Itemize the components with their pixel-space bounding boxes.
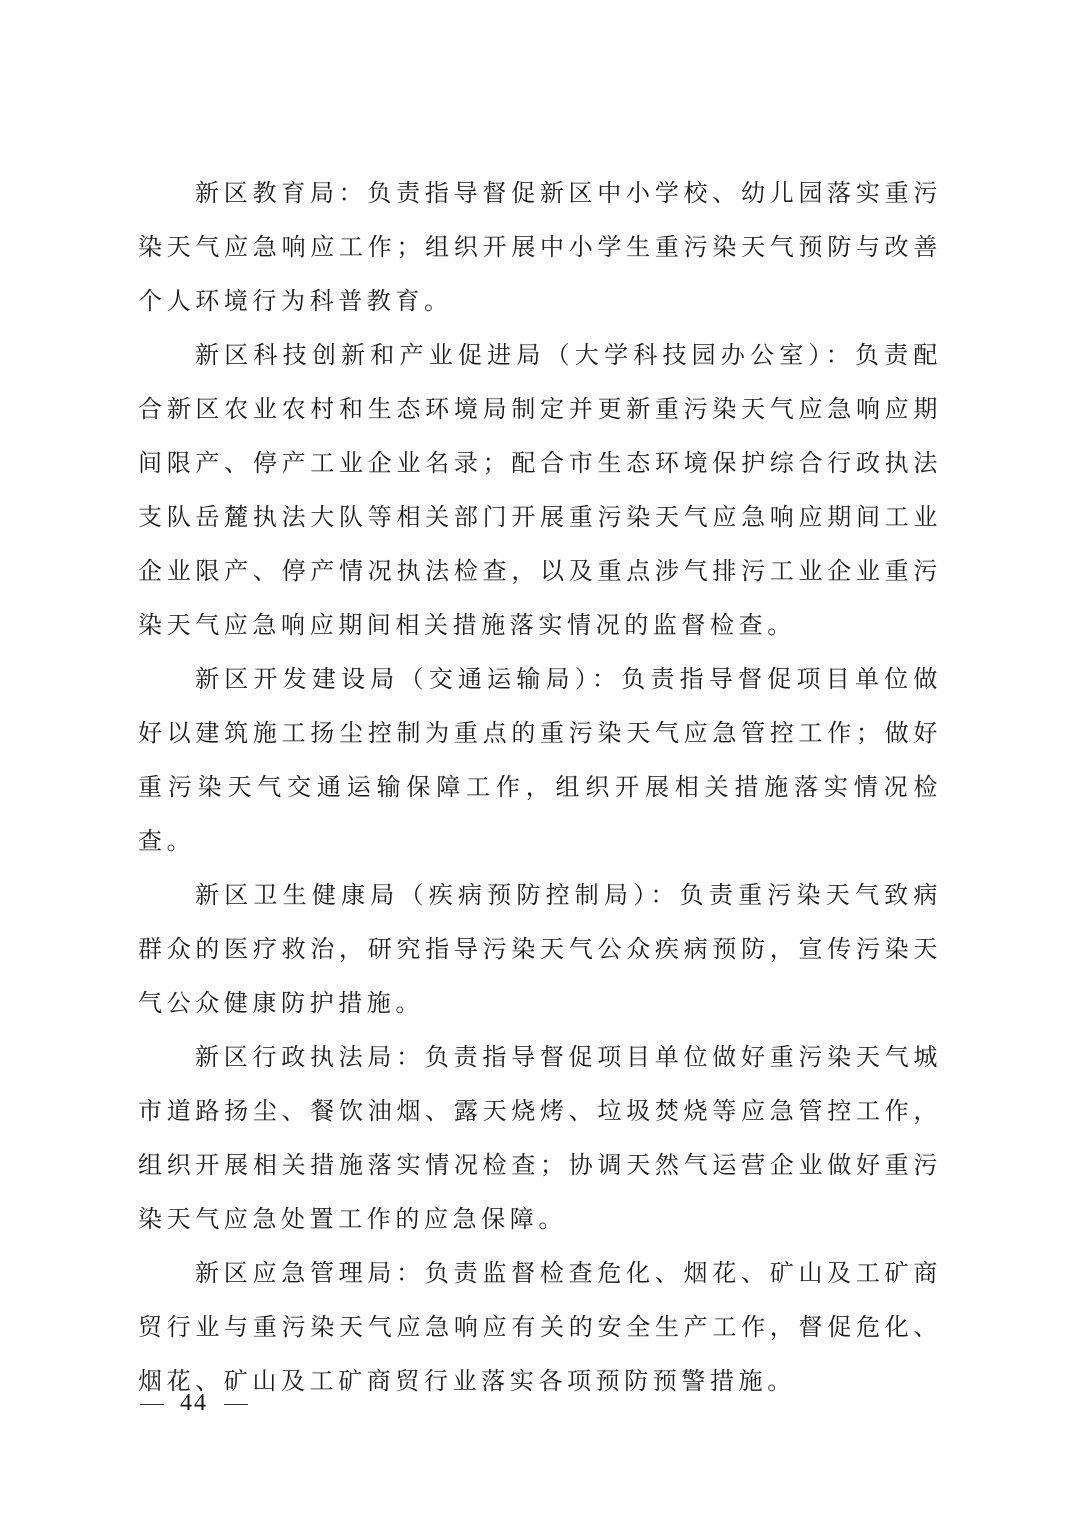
paragraph-health-bureau: 新区卫生健康局（疾病预防控制局）：负责重污染天气致病群众的医疗救治，研究指导污染… [138,868,942,1030]
dash-left [140,1404,164,1406]
paragraph-development-bureau: 新区开发建设局（交通运输局）：负责指导督促项目单位做好以建筑施工扬尘控制为重点的… [138,652,942,868]
document-body: 新区教育局：负责指导督促新区中小学校、幼儿园落实重污染天气应急响应工作；组织开展… [138,166,942,1408]
paragraph-emergency-management-bureau: 新区应急管理局：负责监督检查危化、烟花、矿山及工矿商贸行业与重污染天气应急响应有… [138,1246,942,1408]
page-number: 44 [180,1390,208,1416]
paragraph-technology-bureau: 新区科技创新和产业促进局（大学科技园办公室）：负责配合新区农业农村和生态环境局制… [138,328,942,652]
page-footer: 44 [140,1390,248,1417]
paragraph-law-enforcement-bureau: 新区行政执法局：负责指导督促项目单位做好重污染天气城市道路扬尘、餐饮油烟、露天烧… [138,1030,942,1246]
paragraph-education-bureau: 新区教育局：负责指导督促新区中小学校、幼儿园落实重污染天气应急响应工作；组织开展… [138,166,942,328]
dash-right [224,1404,248,1406]
